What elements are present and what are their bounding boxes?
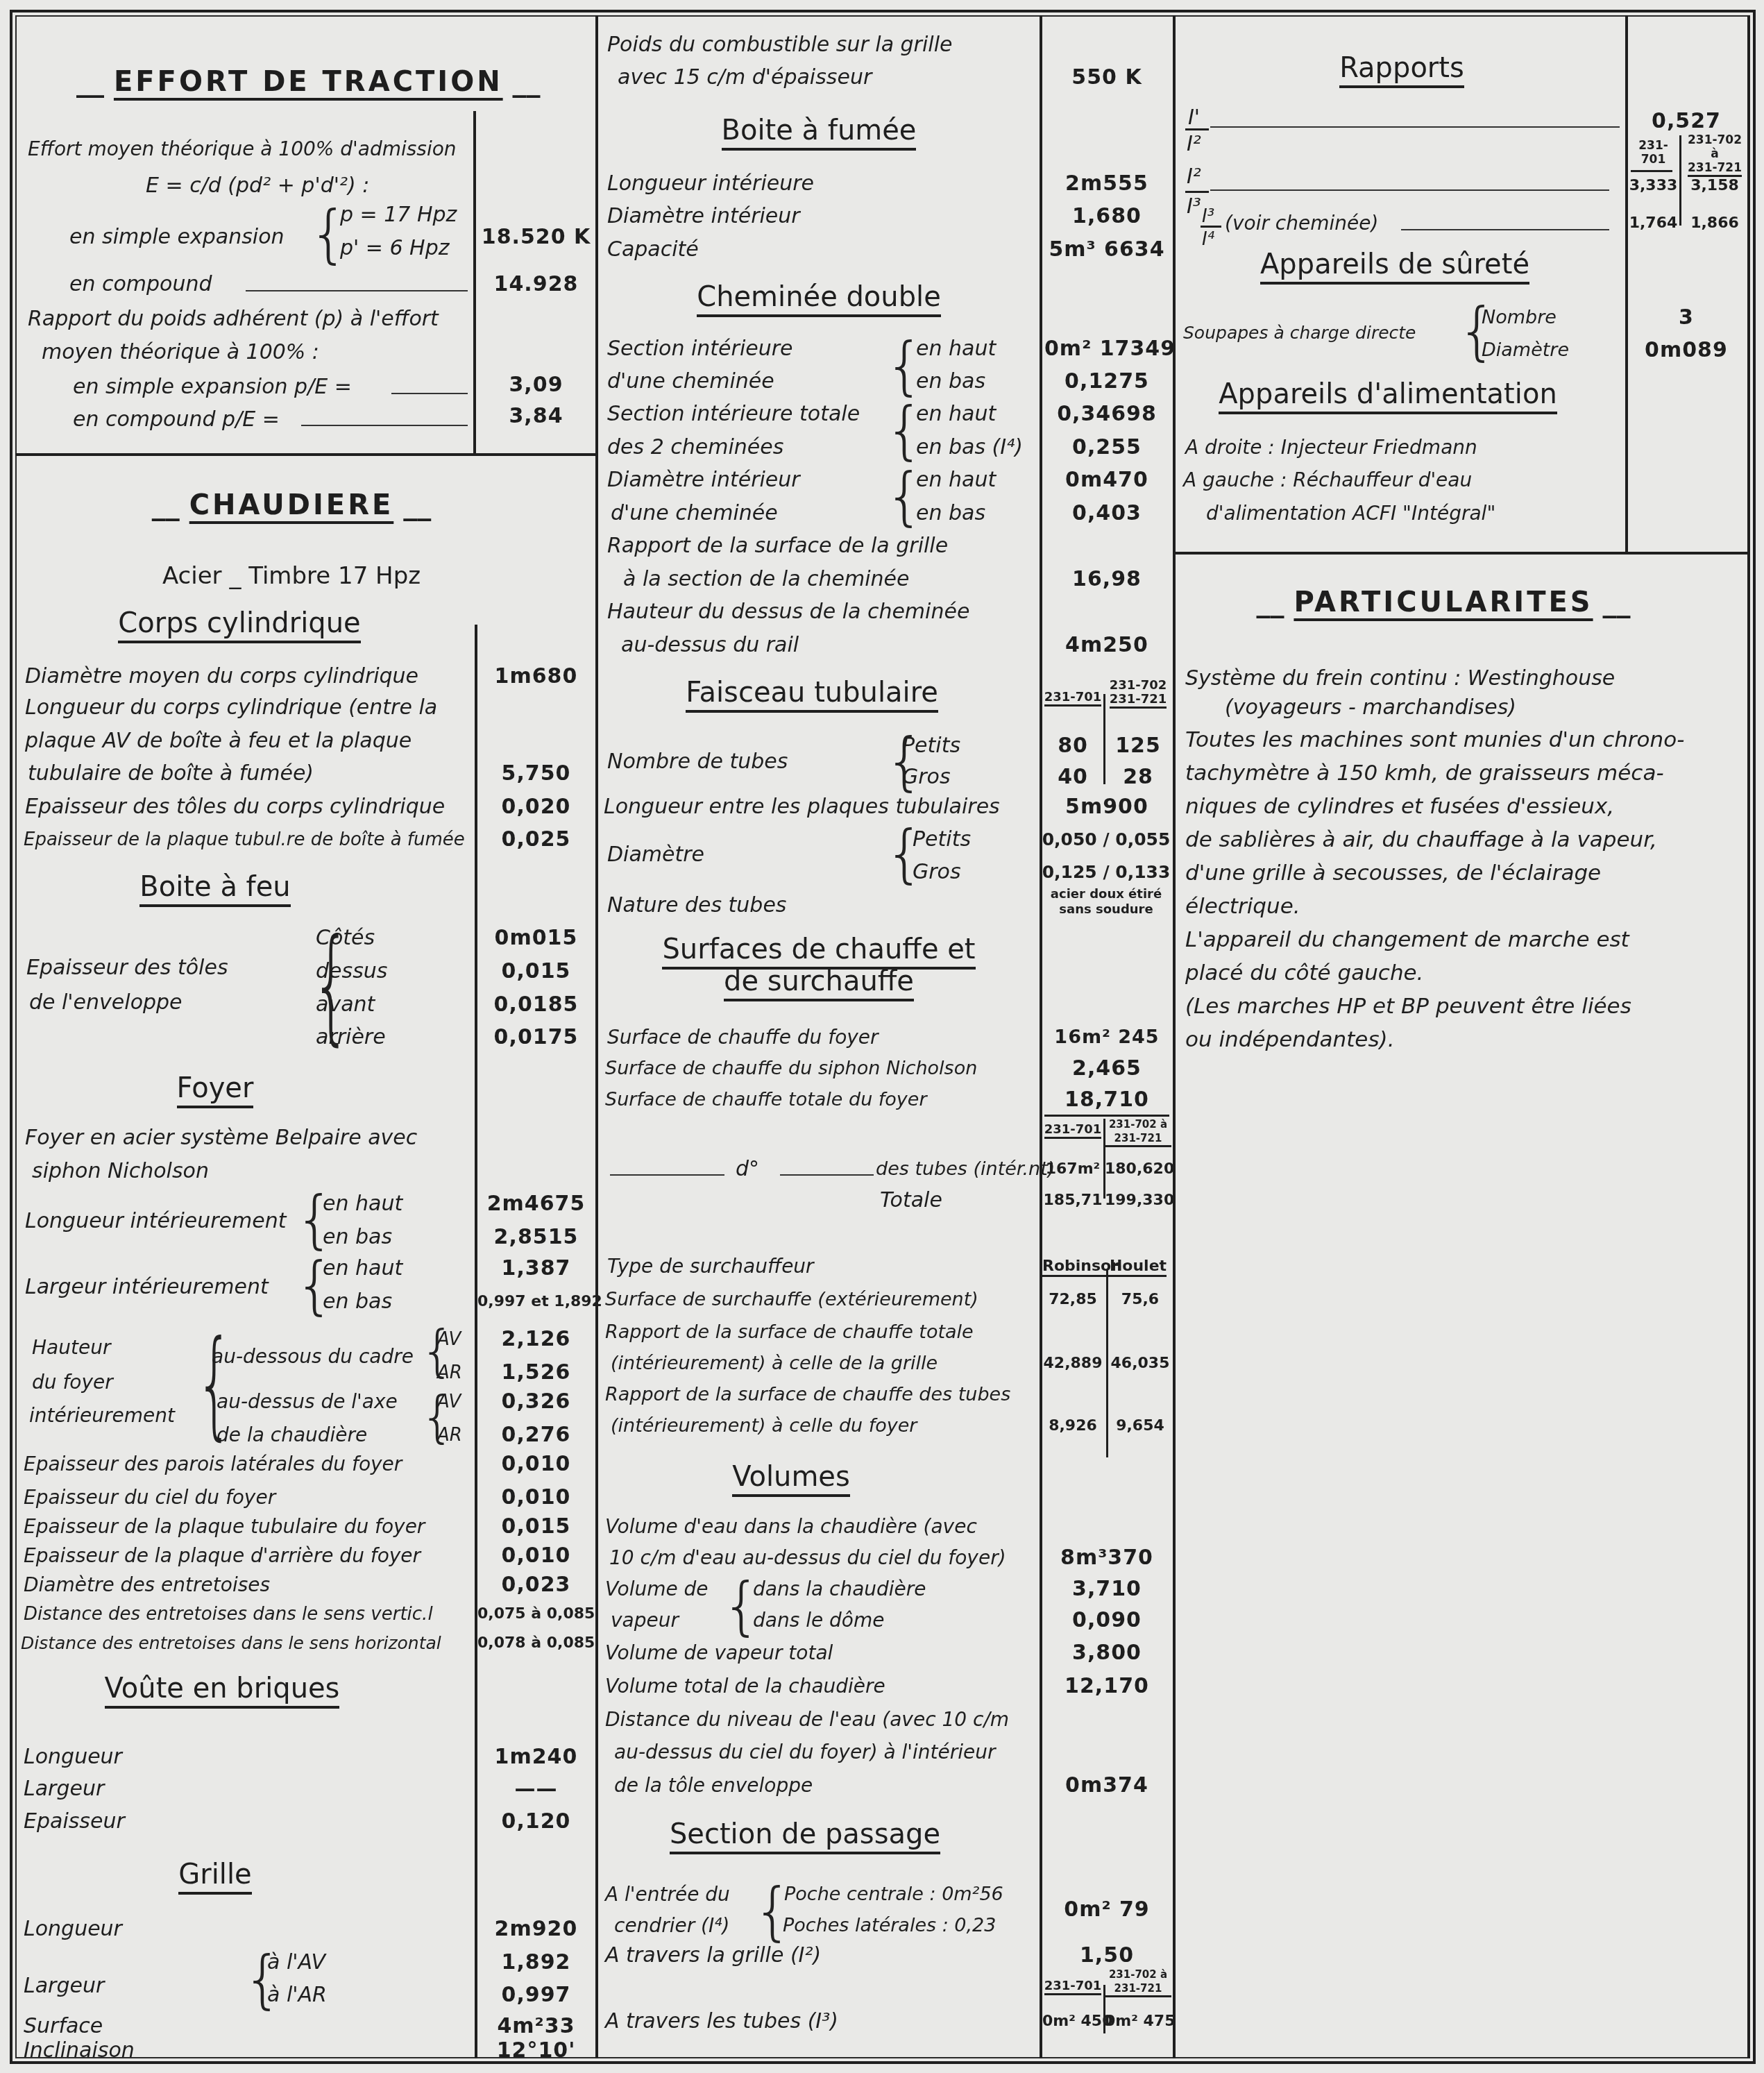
compound-value: 14.928	[479, 271, 593, 298]
diametre-petits-value: 0,050 / 0,055	[1041, 826, 1171, 854]
rapport1-line1: Rapport de la surface de chauffe totale	[605, 1319, 974, 1346]
boite-feu-value: 0,0185	[479, 991, 593, 1019]
surfaces-col-b: 231-702 à 231-721	[1105, 1117, 1171, 1147]
foyer-value: 0,023	[479, 1571, 593, 1599]
grille-passage-label: A travers la grille (I²)	[605, 1942, 821, 1970]
distance-line2: au-dessus du ciel du foyer) à l'intérieu…	[614, 1738, 996, 1766]
voute-value: 1m240	[479, 1743, 593, 1771]
diametre-gros-value: 0,125 / 0,133	[1041, 858, 1171, 886]
left-value-divider	[475, 625, 477, 2058]
rapports-bottom-border	[1174, 552, 1749, 555]
foyer-longueur-label: Longueur intérieurement	[25, 1208, 286, 1235]
cheminee-row: des 2 cheminées	[607, 434, 783, 462]
grille-surface-label: Surface	[24, 2013, 103, 2040]
ratio2-numerator: I²	[1187, 163, 1201, 191]
corps-value: 0,025	[479, 826, 593, 854]
brace: {	[885, 394, 924, 467]
vapeur-chaudiere-label: dans la chaudière	[753, 1575, 926, 1603]
foyer-largeur-haut-label: en haut	[323, 1255, 402, 1283]
foyer-longueur-bas-label: en bas	[323, 1224, 392, 1251]
leader-line	[780, 1174, 874, 1176]
totale-label: Totale	[880, 1187, 942, 1215]
foyer-value: 0,075 à 0,085	[477, 1600, 594, 1628]
column-divider-right-edge	[1747, 15, 1750, 2058]
volume-total-value: 12,170	[1044, 1673, 1169, 1700]
ratio-simple-value: 3,09	[479, 371, 593, 399]
column-divider-middle-right	[1173, 15, 1176, 2058]
surfaces-row: Surface de chauffe du siphon Nicholson	[605, 1055, 977, 1083]
volume-eau-value: 8m³370	[1044, 1544, 1169, 1572]
surchauffe-label: Surface de surchauffe (extérieurement)	[605, 1286, 978, 1314]
volume-eau-line2: 10 c/m d'eau au-dessus du ciel du foyer)	[609, 1544, 1006, 1572]
surfaces-row: Surface de chauffe totale du foyer	[605, 1086, 927, 1114]
distance-line3: de la tôle enveloppe	[614, 1772, 813, 1800]
faisceau-heading: Faisceau tubulaire	[645, 677, 978, 709]
rapport2-a: 8,926	[1042, 1412, 1103, 1440]
leader-line	[1210, 126, 1620, 128]
nombre-value: 3	[1627, 304, 1745, 332]
grille-largeur-label: Largeur	[24, 1972, 104, 2000]
boite-feu-value: 0m015	[479, 924, 593, 952]
middle-value-divider	[1040, 15, 1042, 2058]
boite-feu-value: 0,0175	[479, 1024, 593, 1051]
ratio2-a: 3,333	[1627, 172, 1679, 200]
effort-formula: E = c/d (pd² + p'd'²) :	[146, 172, 369, 200]
grille-passage-value: 1,50	[1044, 1942, 1169, 1970]
passage-col-b: 231-702 à 231-721	[1105, 1968, 1171, 1997]
cheminee-row: Section intérieure	[607, 335, 793, 363]
gros-label: Gros	[913, 858, 961, 886]
corps-row: Epaisseur de la plaque tubul.re de boîte…	[24, 826, 465, 854]
grille-largeur-ar-value: 0,997	[479, 1981, 593, 2009]
cheminee-sub: en bas	[916, 368, 985, 396]
rapports-col-b: 231-702 à 231-721	[1683, 133, 1747, 177]
cheminee-row: d'une cheminée	[607, 368, 774, 396]
rapport1-line2: (intérieurement) à celle de la grille	[611, 1350, 938, 1378]
tubes-b: 180,620	[1105, 1156, 1171, 1183]
nombre-label: Nombre	[1482, 304, 1557, 332]
rapports-heading: Rapports	[1263, 52, 1541, 84]
voute-row: Largeur	[24, 1775, 104, 1803]
cheminee-sub: en haut	[916, 400, 996, 428]
rapports-col-a: 231-701	[1627, 139, 1679, 167]
foyer-hauteur-label: Hauteur	[32, 1334, 110, 1362]
boite-feu-group-label: de l'enveloppe	[29, 989, 183, 1017]
left-value-divider-top	[473, 111, 476, 455]
vapeur-total-label: Volume de vapeur total	[605, 1639, 833, 1667]
cheminee-hauteur-value: 4m250	[1044, 632, 1169, 659]
cheminee-rapport-line2: à la section de la cheminée	[623, 566, 910, 593]
foyer-value: 0,010	[479, 1542, 593, 1570]
voute-value: 0,120	[479, 1808, 593, 1836]
surfaces-heading: Surfaces de chauffe etde surchauffe	[611, 933, 1027, 997]
ar-label: AR	[437, 1359, 462, 1387]
volumes-heading: Volumes	[645, 1461, 937, 1493]
poids-value: 550 K	[1044, 64, 1169, 92]
surete-heading: Appareils de sûreté	[1221, 248, 1568, 280]
cheminee-sub: en haut	[916, 466, 996, 494]
boite-feu-row: arrière	[316, 1024, 386, 1051]
vapeur-total-value: 3,800	[1044, 1639, 1169, 1667]
foyer-longueur-haut-label: en haut	[323, 1190, 402, 1218]
surfaces-row: Surface de chauffe du foyer	[607, 1024, 879, 1051]
grille-surface-value: 4m²33	[479, 2013, 593, 2040]
cheminee-row: d'une cheminée	[611, 500, 778, 527]
grille-largeur-av-value: 1,892	[479, 1949, 593, 1977]
nature-tubes-value: sans soudure	[1041, 902, 1171, 917]
surfaces-value: 16m² 245	[1044, 1024, 1169, 1051]
boite-feu-row: avant	[316, 991, 375, 1019]
corps-row: plaque AV de boîte à feu et la plaque	[25, 727, 412, 755]
corps-cylindrique-heading: Corps cylindrique	[42, 607, 437, 639]
boite-feu-group-label: Epaisseur des tôles	[26, 954, 228, 982]
boite-fumee-row: Longueur intérieure	[607, 170, 814, 198]
cheminee-hauteur-line2: au-dessus du rail	[621, 632, 799, 659]
tubes-a: 167m²	[1042, 1156, 1103, 1183]
leader-line	[1401, 229, 1609, 230]
nombre-petits-a: 80	[1042, 732, 1103, 760]
simple-expansion-label: en simple expansion	[69, 223, 285, 251]
petits-label: Petits	[902, 732, 960, 760]
ratio-compound-label: en compound p/E =	[73, 406, 280, 434]
soupapes-label: Soupapes à charge directe	[1183, 319, 1416, 347]
right-value-divider	[1625, 15, 1628, 553]
boite-a-feu-heading: Boite à feu	[69, 871, 361, 903]
alimentation-heading: Appareils d'alimentation	[1187, 378, 1589, 410]
rapport2-b: 9,654	[1109, 1412, 1171, 1440]
tubes-label: des tubes (intér.nt)	[876, 1156, 1055, 1183]
surchauffeur-subcol-divider	[1106, 1270, 1108, 1457]
diametre-soupape-value: 0m089	[1627, 337, 1745, 364]
nature-tubes-value: acier doux étiré	[1041, 887, 1171, 902]
brace: {	[885, 330, 924, 403]
corps-row: Longueur du corps cylindrique (entre la	[25, 694, 437, 722]
vapeur-chaudiere-value: 3,710	[1044, 1575, 1169, 1603]
foyer-row: Epaisseur des parois latérales du foyer	[24, 1450, 402, 1478]
rapport1-a: 42,889	[1042, 1350, 1103, 1378]
foyer-longueur-bas-value: 2,8515	[479, 1224, 593, 1251]
ratio2-denominator: I³	[1187, 193, 1201, 221]
foyer-cadre-ar-value: 1,526	[479, 1359, 593, 1387]
grille-inclinaison-label: Inclinaison	[24, 2037, 135, 2065]
surchauffe-a: 72,85	[1042, 1286, 1103, 1314]
foyer-desc: Foyer en acier système Belpaire avec	[25, 1124, 417, 1152]
ratio-simple-label: en simple expansion p/E =	[73, 373, 352, 401]
foyer-desc: siphon Nicholson	[32, 1158, 209, 1185]
cheminee-hauteur-line1: Hauteur du dessus de la cheminée	[607, 598, 969, 626]
boite-fumee-value: 2m555	[1044, 170, 1169, 198]
faisceau-col-a: 231-701	[1042, 691, 1103, 706]
rapport2-line2: (intérieurement) à celle du foyer	[611, 1412, 917, 1440]
cheminee-rapport-line1: Rapport de la surface de la grille	[607, 532, 948, 560]
foyer-hauteur-label: du foyer	[32, 1369, 113, 1396]
grille-largeur-av-label: à l'AV	[267, 1949, 325, 1977]
poids-line2: avec 15 c/m d'épaisseur	[618, 64, 872, 92]
rapport2-line1: Rapport de la surface de chauffe des tub…	[605, 1381, 1010, 1409]
tubes-passage-a: 0m² 450	[1042, 2008, 1103, 2036]
grille-longueur-value: 2m920	[479, 1915, 593, 1943]
nombre-tubes-label: Nombre de tubes	[607, 748, 788, 776]
p-prime-value: p' = 6 Hpz	[340, 235, 449, 262]
foyer-largeur-label: Largeur intérieurement	[25, 1274, 269, 1301]
foyer-axe-label: de la chaudière	[217, 1421, 367, 1449]
entree-line2: cendrier (I⁴)	[614, 1912, 729, 1940]
diametre-soupape-label: Diamètre	[1482, 337, 1569, 364]
leader-line	[246, 290, 468, 291]
foyer-value: 0,010	[479, 1484, 593, 1512]
cheminee-value: 0m470	[1044, 466, 1169, 494]
cheminee-value: 0,34698	[1044, 400, 1169, 428]
cheminee-value: 0,403	[1044, 500, 1169, 527]
traction-bottom-border	[15, 453, 597, 456]
ratio3-b: 1,866	[1683, 210, 1747, 237]
particularites-text: Toutes les machines sont munies d'un chr…	[1185, 723, 1740, 1056]
alimentation-gauche: d'alimentation ACFI "Intégral"	[1206, 500, 1495, 527]
chaudiere-subtitle: Acier _ Timbre 17 Hpz	[104, 562, 479, 590]
foyer-cadre-av-value: 2,126	[479, 1326, 593, 1353]
boite-fumee-value: 1,680	[1044, 203, 1169, 230]
foyer-axe-av-value: 0,326	[479, 1388, 593, 1416]
foyer-value: 0,010	[479, 1450, 593, 1478]
distance-line1: Distance du niveau de l'eau (avec 10 c/m	[605, 1706, 1009, 1734]
longueur-plaques-label: Longueur entre les plaques tubulaires	[604, 793, 1000, 821]
volume-vapeur-label: Volume de	[605, 1575, 709, 1603]
corps-row: Epaisseur des tôles du corps cylindrique	[25, 793, 445, 821]
ratio1-value: 0,527	[1627, 108, 1745, 135]
corps-row: Diamètre moyen du corps cylindrique	[25, 663, 418, 691]
foyer-cadre-label: au-dessous du cadre	[212, 1343, 414, 1371]
cheminee-sub: en haut	[916, 335, 996, 363]
foyer-largeur-bas-value: 0,997 et 1,892	[477, 1288, 594, 1316]
grille-longueur-label: Longueur	[24, 1915, 122, 1943]
boite-feu-row: dessus	[316, 958, 387, 985]
voute-value: ——	[479, 1775, 593, 1803]
tubes-passage-label: A travers les tubes (I³)	[605, 2008, 838, 2036]
leader-line	[610, 1174, 724, 1176]
corps-value: 5,750	[479, 760, 593, 788]
frein-line2: (voyageurs - marchandises)	[1225, 694, 1516, 722]
surfaces-value: 2,465	[1044, 1055, 1169, 1083]
ditto-mark: d°	[736, 1156, 759, 1183]
volume-vapeur-label: vapeur	[611, 1607, 679, 1634]
foyer-row: Epaisseur de la plaque d'arrière du foye…	[24, 1542, 421, 1570]
corps-row: tubulaire de boîte à fumée)	[28, 760, 314, 788]
foyer-heading: Foyer	[69, 1072, 361, 1104]
entree-value: 0m² 79	[1044, 1896, 1169, 1924]
ratio3-note: (voir cheminée)	[1225, 210, 1378, 237]
alimentation-droite: A droite : Injecteur Friedmann	[1185, 434, 1477, 462]
effort-line1: Effort moyen théorique à 100% d'admissio…	[28, 135, 457, 163]
vapeur-dome-label: dans le dôme	[753, 1607, 884, 1634]
foyer-longueur-haut-value: 2m4675	[479, 1190, 593, 1218]
boite-fumee-heading: Boite à fumée	[645, 115, 992, 146]
totale-b: 199,330	[1105, 1187, 1171, 1215]
corps-value: 0,020	[479, 793, 593, 821]
ratio2-b: 3,158	[1683, 172, 1747, 200]
cheminee-sub: en bas (I⁴)	[916, 434, 1023, 462]
foyer-largeur-haut-value: 1,387	[479, 1255, 593, 1283]
leader-line	[391, 393, 468, 394]
frein-line1: Système du frein continu : Westinghouse	[1185, 665, 1615, 693]
av-label: AV	[437, 1388, 461, 1416]
foyer-axe-ar-value: 0,276	[479, 1421, 593, 1449]
column-divider-left-middle	[595, 15, 598, 2058]
boite-fumee-value: 5m³ 6634	[1044, 236, 1169, 264]
ratio-line1: Rapport du poids adhérent (p) à l'effort	[28, 305, 439, 333]
leader-line	[1210, 189, 1609, 191]
ratio1-denominator: I²	[1187, 130, 1201, 158]
foyer-row: Epaisseur du ciel du foyer	[24, 1484, 275, 1512]
nature-tubes-label: Nature des tubes	[607, 892, 787, 920]
chaudiere-title: __ CHAUDIERE __	[83, 489, 500, 521]
nombre-gros-b: 28	[1105, 763, 1171, 791]
poche-centrale: Poche centrale : 0m²56	[784, 1881, 1003, 1909]
grille-inclinaison-value: 12°10'	[479, 2037, 593, 2065]
surfaces-col-a: 231-701	[1042, 1123, 1103, 1139]
av-label: AV	[437, 1326, 461, 1353]
section-passage-heading: Section de passage	[625, 1818, 985, 1850]
distance-value: 0m374	[1044, 1772, 1169, 1800]
cheminee-rapport-value: 16,98	[1044, 566, 1169, 593]
rapports-subcol-divider	[1679, 135, 1681, 226]
foyer-row: Distance des entretoises dans le sens ho…	[21, 1630, 441, 1657]
voute-row: Epaisseur	[24, 1808, 125, 1836]
poches-laterales: Poches latérales : 0,23	[783, 1912, 996, 1940]
cheminee-sub: en bas	[916, 500, 985, 527]
rapport1-b: 46,035	[1109, 1350, 1171, 1378]
foyer-largeur-bas-label: en bas	[323, 1288, 392, 1316]
foyer-row: Diamètre des entretoises	[24, 1571, 270, 1599]
particularites-title: __ PARTICULARITES __	[1221, 586, 1665, 618]
effort-traction-title: __ EFFORT DE TRACTION __	[76, 66, 507, 98]
foyer-hauteur-label: intérieurement	[29, 1402, 175, 1430]
foyer-row: Epaisseur de la plaque tubulaire du foye…	[24, 1513, 425, 1541]
foyer-value: 0,078 à 0,085	[477, 1630, 594, 1657]
leader-line	[301, 425, 468, 426]
voute-row: Longueur	[24, 1743, 122, 1771]
foyer-row: Distance des entretoises dans le sens ve…	[24, 1600, 433, 1628]
longueur-plaques-value: 5m900	[1044, 793, 1169, 821]
diametre-label: Diamètre	[607, 841, 704, 869]
ar-label: AR	[437, 1421, 462, 1449]
cheminee-row: Diamètre intérieur	[607, 466, 800, 494]
alimentation-gauche: A gauche : Réchauffeur d'eau	[1183, 466, 1472, 494]
ratio-line2: moyen théorique à 100% :	[42, 339, 319, 366]
cheminee-row: Section intérieure totale	[607, 400, 860, 428]
boite-fumee-row: Diamètre intérieur	[607, 203, 800, 230]
surchauffe-b: 75,6	[1109, 1286, 1171, 1314]
ratio1-numerator: I'	[1188, 104, 1200, 132]
brace: {	[885, 460, 924, 533]
cheminee-value: 0,1275	[1044, 368, 1169, 396]
boite-feu-row: Côtés	[316, 924, 375, 952]
tubes-passage-b: 0m² 475	[1105, 2008, 1171, 2036]
surfaces-col-header-rule	[1044, 1115, 1169, 1117]
boite-fumee-row: Capacité	[607, 236, 699, 264]
entree-line1: A l'entrée du	[605, 1881, 730, 1909]
passage-col-a: 231-701	[1042, 1979, 1103, 1995]
ratio3-a: 1,764	[1627, 210, 1679, 237]
vapeur-dome-value: 0,090	[1044, 1607, 1169, 1634]
poids-line1: Poids du combustible sur la grille	[607, 31, 952, 59]
petits-label: Petits	[913, 826, 971, 854]
foyer-axe-label: au-dessus de l'axe	[217, 1388, 398, 1416]
nombre-petits-b: 125	[1105, 732, 1171, 760]
grille-heading: Grille	[69, 1859, 361, 1890]
compound-label: en compound	[69, 271, 212, 298]
cheminee-value: 0,255	[1044, 434, 1169, 462]
cheminee-value: 0m² 17349	[1044, 335, 1169, 363]
ratio3-denominator: I⁴	[1202, 226, 1214, 253]
type-surchauffeur-label: Type de surchauffeur	[607, 1253, 814, 1280]
voute-heading: Voûte en briques	[56, 1673, 389, 1704]
p-value: p = 17 Hpz	[340, 201, 457, 229]
ratio-compound-value: 3,84	[479, 403, 593, 430]
nombre-gros-a: 40	[1042, 763, 1103, 791]
corps-value: 1m680	[479, 663, 593, 691]
foyer-value: 0,015	[479, 1513, 593, 1541]
boite-feu-value: 0,015	[479, 958, 593, 985]
grille-largeur-ar-label: à l'AR	[267, 1981, 327, 2009]
surfaces-value: 18,710	[1044, 1086, 1169, 1114]
volume-total-label: Volume total de la chaudière	[605, 1673, 885, 1700]
volume-eau-line1: Volume d'eau dans la chaudière (avec	[605, 1513, 977, 1541]
type-a: Robinson	[1042, 1253, 1103, 1280]
cheminee-heading: Cheminée double	[645, 281, 992, 313]
totale-a: 185,71	[1042, 1187, 1103, 1215]
simple-expansion-value: 18.520 K	[479, 223, 593, 251]
faisceau-col-b: 231-702 231-721	[1105, 679, 1171, 709]
gros-label: Gros	[902, 763, 951, 791]
type-b: Houlet	[1105, 1253, 1171, 1280]
